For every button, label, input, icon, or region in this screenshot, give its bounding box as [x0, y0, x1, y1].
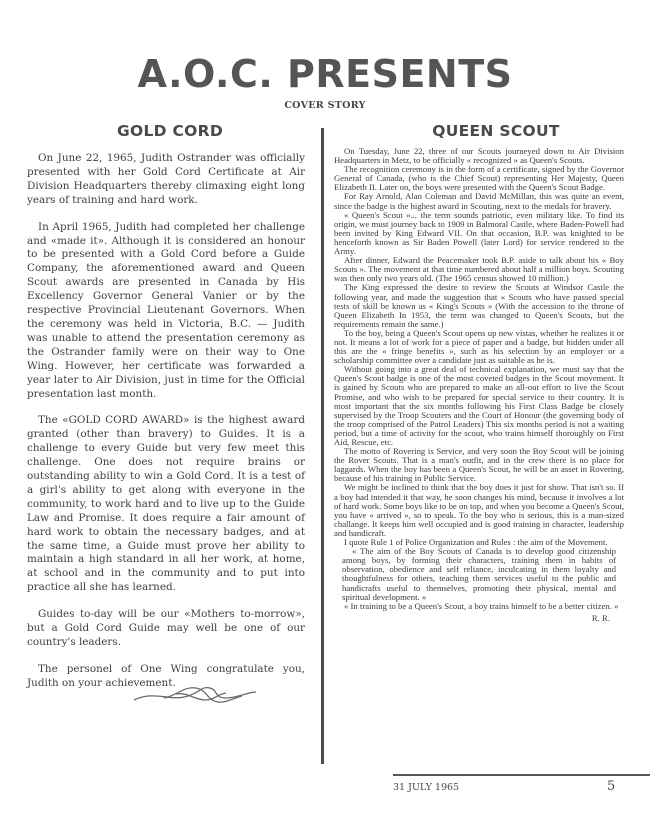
article-body: On June 22, 1965, Judith Ostrander was o… — [27, 152, 305, 691]
paragraph: On Tuesday, June 22, three of our Scouts… — [334, 147, 624, 165]
footer-rule — [393, 774, 650, 776]
paragraph: In April 1965, Judith had completed her … — [27, 221, 305, 402]
queen-scout-article: QUEEN SCOUT On Tuesday, June 22, three o… — [334, 121, 624, 623]
block-quote: « The aim of the Boy Scouts of Canada is… — [334, 547, 624, 602]
paragraph: The King expressed the desire to review … — [334, 283, 624, 328]
paragraph: The recognition ceremony is in the form … — [334, 165, 624, 192]
section-kicker: COVER STORY — [0, 100, 650, 111]
author-signature: R. R. — [334, 614, 624, 623]
paragraph: The «GOLD CORD AWARD» is the highest awa… — [27, 414, 305, 595]
article-title-gold-cord: GOLD CORD — [35, 121, 305, 147]
scroll-flourish-icon — [130, 680, 260, 710]
paragraph: After dinner, Edward the Peacemaker took… — [334, 256, 624, 283]
paragraph: « Queen's Scout »... the term sounds pat… — [334, 211, 624, 256]
article-body: On Tuesday, June 22, three of our Scouts… — [334, 147, 624, 623]
paragraph: Guides to-day will be our «Mothers to-mo… — [27, 608, 305, 650]
paragraph: To the boy, being a Queen's Scout opens … — [334, 329, 624, 365]
page-title: A.O.C. PRESENTS — [0, 52, 650, 96]
article-title-queen-scout: QUEEN SCOUT — [368, 121, 624, 147]
closing-paragraph: « In training to be a Queen's Scout, a b… — [334, 602, 624, 611]
paragraph: The motto of Rovering is Service, and ve… — [334, 447, 624, 483]
page-number: 5 — [607, 779, 615, 794]
issue-date: 31 JULY 1965 — [393, 782, 459, 793]
gold-cord-article: GOLD CORD On June 22, 1965, Judith Ostra… — [27, 121, 305, 704]
paragraph: We might be inclined to think that the b… — [334, 483, 624, 538]
paragraph: For Ray Arnold, Alan Coleman and David M… — [334, 192, 624, 210]
paragraph: On June 22, 1965, Judith Ostrander was o… — [27, 152, 305, 208]
column-divider — [321, 128, 324, 764]
paragraph: Without going into a great deal of techn… — [334, 365, 624, 447]
